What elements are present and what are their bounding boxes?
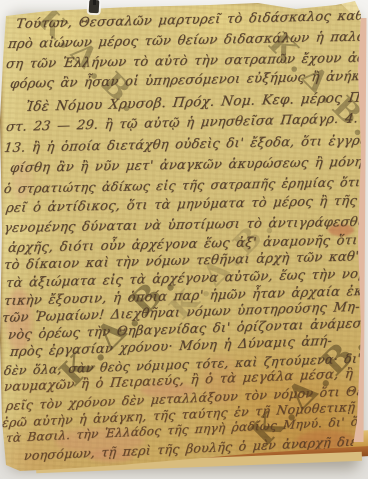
handwriting-line: Ἰδὲ Νόμου Χρυσοβ. Πρόχ. Νομ. Κεφ. μέρος … — [25, 88, 368, 115]
handwriting-line: Τούτων, Θεσσαλῶν μαρτυρεῖ τὸ διδάσκαλος … — [15, 8, 368, 32]
handwriting-line: φίσθη ἂν ἢ νῦν μετ' ἀναγκῶν ἀκυρώσεως ἢ … — [9, 155, 368, 176]
letter-paper: Κ.Δ.Β.Κ.Δ.Β.Κ.Δ.Β.Κ.Δ.Β.Κ.Δ.Β. Τούτων, Θ… — [0, 0, 368, 479]
handwriting-line: 13. ἢ ἡ ὁποία διετάχθη οὐδεὶς δι' ἔξοδα,… — [3, 133, 368, 156]
handwriting-line: γενομένης δύναται νὰ ὑποτίμωσι τὸ ἀντιγρ… — [3, 215, 368, 236]
binder-mark-stem — [93, 0, 96, 5]
handwriting-line: ὁ στρατιώτης ἀδίκως εἰς τῆς σατραπῆς ἐρη… — [3, 173, 368, 196]
scanned-letter-page: Κ.Δ.Β.Κ.Δ.Β.Κ.Δ.Β.Κ.Δ.Β.Κ.Δ.Β. Τούτων, Θ… — [0, 0, 368, 479]
handwriting-line: ρεῖ ὁ ἀντίδικος, ὅτι τὰ μηνύματα τὸ μέρο… — [5, 193, 368, 216]
